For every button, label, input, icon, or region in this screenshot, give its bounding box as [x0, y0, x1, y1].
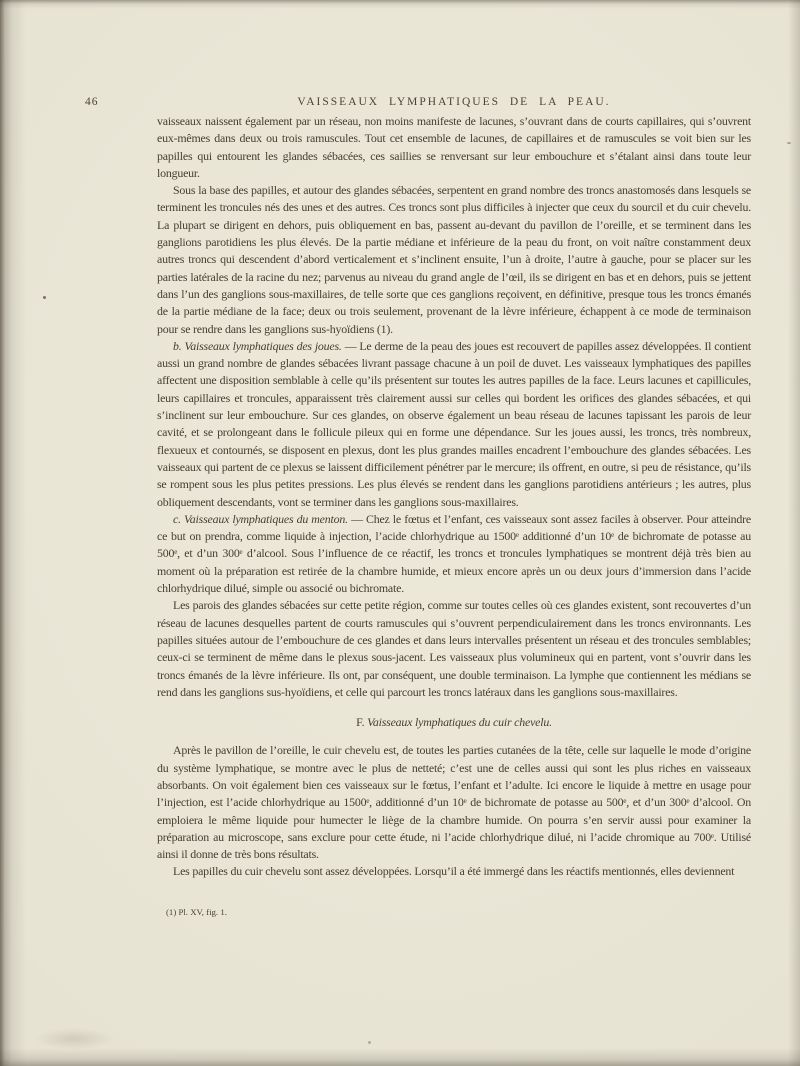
page-body: vaisseaux naissent également par un rése… [157, 113, 751, 918]
section-title: Vaisseaux lymphatiques du cuir chevelu. [367, 715, 552, 729]
scan-speck [368, 1041, 371, 1044]
section-letter: F. [356, 715, 364, 729]
paragraph-text: Après le pavillon de l’oreille, le cuir … [157, 743, 751, 861]
paragraph-glandes-parois: Les parois des glandes sébacées sur cett… [157, 597, 751, 701]
section-heading-f: F. Vaisseaux lymphatiques du cuir chevel… [157, 714, 751, 731]
scan-speck [43, 296, 46, 299]
page-number: 46 [85, 96, 99, 108]
paragraph-papilles-cuir-chevelu: Les papilles du cuir chevelu sont assez … [157, 863, 751, 880]
paragraph-section-b-joues: b. Vaisseaux lymphatiques des joues. — L… [157, 338, 751, 511]
paragraph-text: Les parois des glandes sébacées sur cett… [157, 598, 751, 698]
scan-smudge [34, 1028, 114, 1050]
paragraph-text: — Le derme de la peau des joues est reco… [157, 339, 751, 509]
paragraph-text: Les papilles du cuir chevelu sont assez … [173, 864, 734, 878]
section-b-lead: b. Vaisseaux lymphatiques des joues. [173, 339, 342, 353]
paragraph-forehead-trunks: Sous la base des papilles, et autour des… [157, 182, 751, 338]
paragraph-section-c-menton: c. Vaisseaux lymphatiques du menton. — C… [157, 511, 751, 597]
paragraph-cuir-chevelu: Après le pavillon de l’oreille, le cuir … [157, 742, 751, 863]
footnote: (1) Pl. XV, fig. 1. [157, 907, 751, 918]
running-title: VAISSEAUX LYMPHATIQUES DE LA PEAU. [157, 96, 751, 108]
paragraph-text: vaisseaux naissent également par un rése… [157, 114, 751, 180]
paragraph-text: Sous la base des papilles, et autour des… [157, 183, 751, 335]
paragraph-continuation: vaisseaux naissent également par un rése… [157, 113, 751, 182]
scan-speck [787, 142, 791, 144]
book-page-scan: 46 VAISSEAUX LYMPHATIQUES DE LA PEAU. va… [0, 0, 800, 1066]
section-c-lead: c. Vaisseaux lymphatiques du menton. [173, 512, 348, 526]
